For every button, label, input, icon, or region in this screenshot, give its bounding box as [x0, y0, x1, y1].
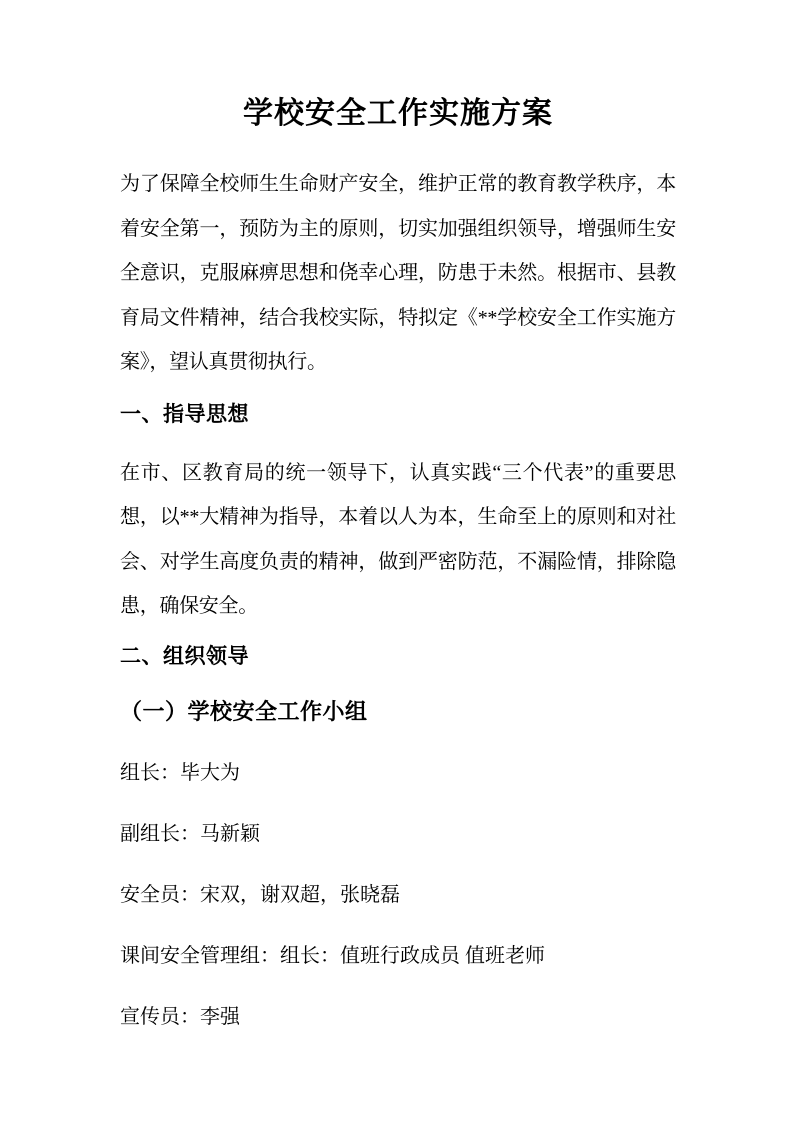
role-line-recess-safety-group: 课间安全管理组：组长：值班行政成员 值班老师 [120, 944, 676, 968]
section-heading-organization-leadership: 二、组织领导 [120, 643, 676, 671]
role-line-group-leader: 组长：毕大为 [120, 761, 676, 785]
role-line-safety-officers: 安全员：宋双，谢双超，张晓磊 [120, 883, 676, 907]
document-title: 学校安全工作实施方案 [120, 94, 676, 134]
section-heading-guiding-ideology: 一、指导思想 [120, 401, 676, 429]
subsection-heading-safety-work-group: （一）学校安全工作小组 [120, 697, 676, 727]
section1-paragraph: 在市、区教育局的统一领导下，认真实践“三个代表”的重要思想，以**大精神为指导，… [120, 451, 676, 629]
role-line-publicity-officer: 宣传员：李强 [120, 1005, 676, 1029]
intro-paragraph: 为了保障全校师生生命财产安全，维护正常的教育教学秩序，本着安全第一，预防为主的原… [120, 162, 676, 385]
role-line-deputy-leader: 副组长：马新颖 [120, 822, 676, 846]
document-page: 学校安全工作实施方案 为了保障全校师生生命财产安全，维护正常的教育教学秩序，本着… [0, 0, 793, 1122]
